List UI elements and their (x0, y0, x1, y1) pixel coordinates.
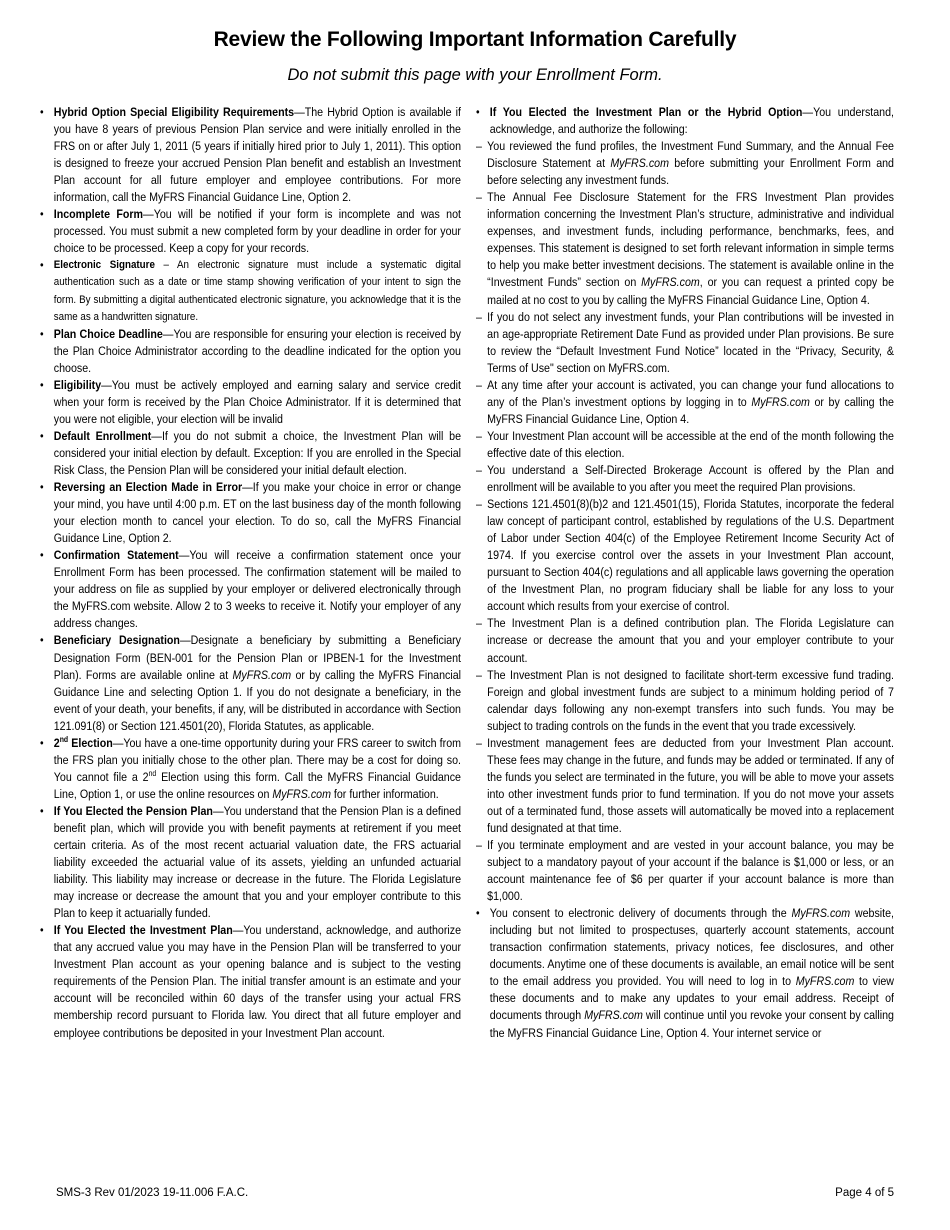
bullet-plan-choice-deadline: Plan Choice Deadline—You are responsible… (40, 326, 461, 377)
bullet-heading: Incomplete Form (54, 207, 143, 221)
separator: — (213, 804, 224, 818)
form-identifier: SMS-3 Rev 01/2023 19-11.006 F.A.C. (56, 1187, 248, 1199)
sub-item: The Investment Plan is not designed to f… (476, 667, 894, 735)
bullet-reversing-election: Reversing an Election Made in Error—If y… (40, 479, 461, 547)
myfrs-link: MyFRS.com (791, 906, 850, 920)
sub-text: If you terminate employment and are vest… (487, 838, 894, 903)
bullet-text: for further information. (331, 787, 439, 801)
bullet-text: You understand, acknowledge, and authori… (54, 923, 461, 1039)
sub-item: Sections 121.4501(8)(b)2 and 121.4501(15… (476, 496, 894, 615)
page-title: Review the Following Important Informati… (0, 28, 950, 52)
sub-item: The Annual Fee Disclosure Statement for … (476, 189, 894, 308)
myfrs-link: MyFRS.com (641, 275, 700, 289)
sub-text: The Investment Plan is not designed to f… (487, 668, 894, 733)
separator: — (163, 327, 174, 341)
bullet-heading: If You Elected the Investment Plan or th… (490, 105, 803, 119)
bullet-investment-or-hybrid: If You Elected the Investment Plan or th… (476, 104, 894, 138)
bullet-text: You consent to electronic delivery of do… (490, 906, 792, 920)
bullet-heading: If You Elected the Pension Plan (54, 804, 213, 818)
bullet-heading: If You Elected the Investment Plan (54, 923, 233, 937)
separator: – (155, 259, 177, 271)
bullet-confirmation-statement: Confirmation Statement—You will receive … (40, 547, 461, 632)
separator: — (151, 429, 162, 443)
separator: — (294, 105, 305, 119)
left-column: Hybrid Option Special Eligibility Requir… (40, 104, 461, 1042)
sub-text: The Investment Plan is a defined contrib… (487, 616, 894, 664)
bullet-eligibility: Eligibility—You must be actively employe… (40, 377, 461, 428)
bullet-electronic-signature: Electronic Signature – An electronic sig… (40, 257, 461, 325)
bullet-heading: 2nd Election (54, 736, 113, 750)
bullet-heading: Eligibility (54, 378, 101, 392)
sub-item: At any time after your account is activa… (476, 377, 894, 428)
bullet-heading: Electronic Signature (54, 259, 155, 271)
sub-text: Sections 121.4501(8)(b)2 and 121.4501(15… (487, 497, 894, 613)
separator: — (143, 207, 154, 221)
sub-text: You understand a Self-Directed Brokerage… (487, 463, 894, 494)
bullet-pension-plan: If You Elected the Pension Plan—You unde… (40, 803, 461, 922)
bullet-heading: Beneficiary Designation (54, 633, 180, 647)
bullet-incomplete-form: Incomplete Form—You will be notified if … (40, 206, 461, 257)
ordinal-suffix: nd (60, 735, 68, 744)
bullet-text: The Hybrid Option is available if you ha… (54, 105, 461, 204)
separator: — (802, 105, 813, 119)
sub-item: If you do not select any investment fund… (476, 309, 894, 377)
page-number: Page 4 of 5 (835, 1187, 894, 1199)
separator: — (180, 633, 191, 647)
bullet-default-enrollment: Default Enrollment—If you do not submit … (40, 428, 461, 479)
sub-list: You reviewed the fund profiles, the Inve… (476, 138, 894, 905)
bullet-investment-plan: If You Elected the Investment Plan—You u… (40, 922, 461, 1041)
myfrs-link: MyFRS.com (272, 787, 331, 801)
sub-item: You reviewed the fund profiles, the Inve… (476, 138, 894, 189)
bullet-electronic-delivery-consent: You consent to electronic delivery of do… (476, 905, 894, 1041)
sub-text: Investment management fees are deducted … (487, 736, 894, 835)
sub-item: If you terminate employment and are vest… (476, 837, 894, 905)
sub-item: Your Investment Plan account will be acc… (476, 428, 894, 462)
bullet-text: You understand that the Pension Plan is … (54, 804, 461, 920)
separator: — (113, 736, 124, 750)
bullet-text: You must be actively employed and earnin… (54, 378, 461, 426)
sub-item: Investment management fees are deducted … (476, 735, 894, 837)
myfrs-link: MyFRS.com (796, 974, 855, 988)
myfrs-link: MyFRS.com (610, 156, 669, 170)
separator: — (179, 548, 190, 562)
sub-text: Your Investment Plan account will be acc… (487, 429, 894, 460)
sub-item: The Investment Plan is a defined contrib… (476, 615, 894, 666)
separator: — (242, 480, 253, 494)
separator: — (233, 923, 244, 937)
bullet-heading: Default Enrollment (54, 429, 152, 443)
bullet-heading: Confirmation Statement (54, 548, 179, 562)
ordinal-suffix: nd (149, 769, 157, 778)
myfrs-link: MyFRS.com (751, 395, 810, 409)
bullet-heading: Plan Choice Deadline (54, 327, 163, 341)
bullet-heading: Reversing an Election Made in Error (54, 480, 242, 494)
right-column: If You Elected the Investment Plan or th… (476, 104, 894, 1042)
sub-text: If you do not select any investment fund… (487, 310, 894, 375)
separator: — (101, 378, 112, 392)
bullet-second-election: 2nd Election—You have a one-time opportu… (40, 735, 461, 803)
bullet-beneficiary-designation: Beneficiary Designation—Designate a bene… (40, 632, 461, 734)
myfrs-link: MyFRS.com (233, 668, 292, 682)
page-subtitle: Do not submit this page with your Enroll… (0, 66, 950, 85)
heading-rest: Election (68, 736, 113, 750)
bullet-heading: Hybrid Option Special Eligibility Requir… (54, 105, 294, 119)
bullet-hybrid-eligibility: Hybrid Option Special Eligibility Requir… (40, 104, 461, 206)
myfrs-link: MyFRS.com (584, 1008, 643, 1022)
sub-item: You understand a Self-Directed Brokerage… (476, 462, 894, 496)
